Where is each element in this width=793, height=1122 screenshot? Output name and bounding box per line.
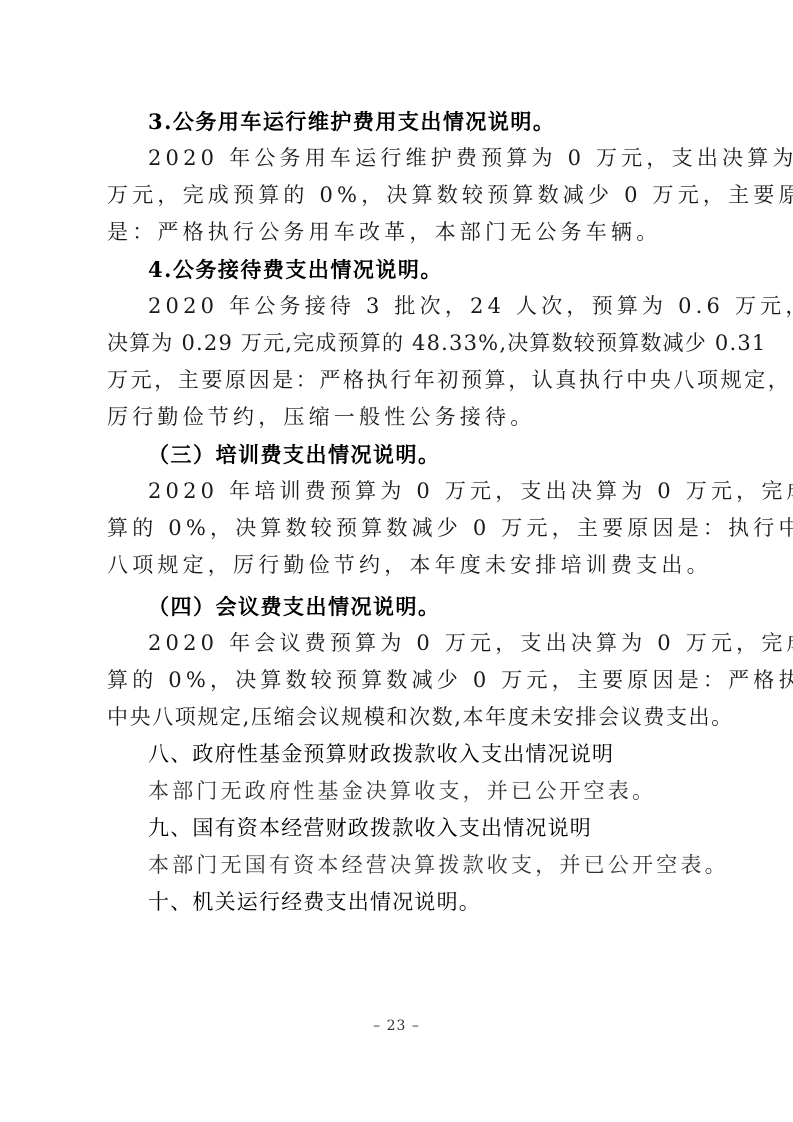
paragraph-line: 本部门无国有资本经营决算拨款收支，并已公开空表。 — [107, 847, 693, 884]
section-heading-training-fee: （三）培训费支出情况说明。 — [107, 436, 693, 473]
paragraph-line: 2020 年公务用车运行维护费预算为 0 万元，支出决算为 0 — [107, 140, 693, 177]
section-heading-government-fund: 八、政府性基金预算财政拨款收入支出情况说明 — [107, 736, 693, 773]
paragraph-line: 2020 年培训费预算为 0 万元，支出决算为 0 万元，完成预 — [107, 473, 693, 510]
page-number: – 23 – — [0, 1018, 793, 1034]
section-heading-vehicle-maintenance: 3.公务用车运行维护费用支出情况说明。 — [107, 103, 693, 140]
paragraph-line: 中央八项规定,压缩会议规模和次数,本年度未安排会议费支出。 — [107, 699, 693, 736]
paragraph-line: 厉行勤俭节约，压缩一般性公务接待。 — [107, 399, 693, 436]
paragraph-line: 八项规定，厉行勤俭节约，本年度未安排培训费支出。 — [107, 547, 693, 584]
paragraph-line: 万元，主要原因是：严格执行年初预算，认真执行中央八项规定， — [107, 362, 693, 399]
section-heading-agency-operation: 十、机关运行经费支出情况说明。 — [107, 884, 693, 921]
paragraph-line: 2020 年公务接待 3 批次，24 人次，预算为 0.6 万元，支出 — [107, 288, 693, 325]
paragraph-line: 算的 0%，决算数较预算数减少 0 万元，主要原因是：执行中央 — [107, 510, 693, 547]
paragraph-line: 决算为 0.29 万元,完成预算的 48.33%,决算数较预算数减少 0.31 — [107, 325, 693, 362]
paragraph-line: 本部门无政府性基金决算收支，并已公开空表。 — [107, 773, 693, 810]
paragraph-line: 算的 0%，决算数较预算数减少 0 万元，主要原因是：严格执行 — [107, 662, 693, 699]
paragraph-line: 万元，完成预算的 0%，决算数较预算数减少 0 万元，主要原因 — [107, 177, 693, 214]
paragraph-line: 是：严格执行公务用车改革，本部门无公务车辆。 — [107, 214, 693, 251]
section-heading-state-capital: 九、国有资本经营财政拨款收入支出情况说明 — [107, 810, 693, 847]
section-heading-meeting-fee: （四）会议费支出情况说明。 — [107, 588, 693, 625]
section-heading-official-reception: 4.公务接待费支出情况说明。 — [107, 251, 693, 288]
document-page: 3.公务用车运行维护费用支出情况说明。 2020 年公务用车运行维护费预算为 0… — [107, 103, 693, 921]
paragraph-line: 2020 年会议费预算为 0 万元，支出决算为 0 万元，完成预 — [107, 625, 693, 662]
